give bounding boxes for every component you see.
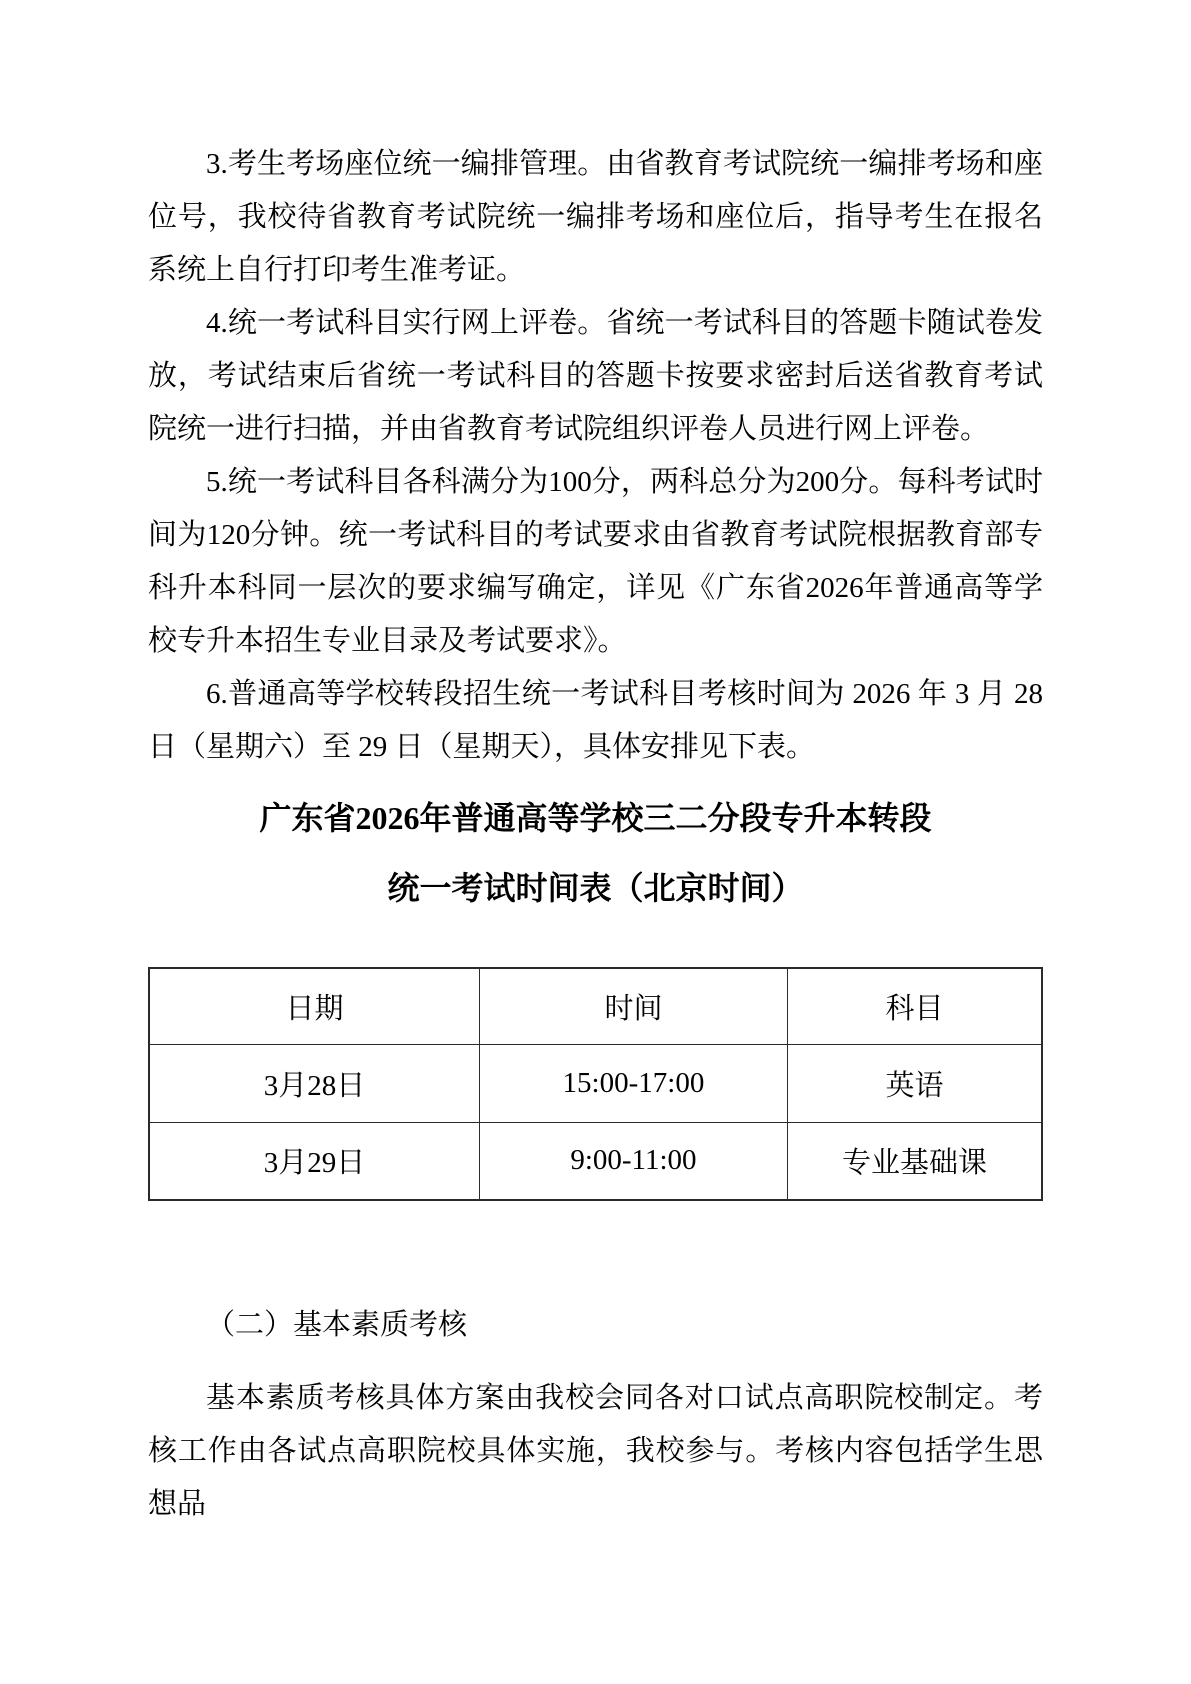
section-heading-basic-quality: （二）基本素质考核	[148, 1299, 1043, 1352]
paragraph-item-4: 4.统一考试科目实行网上评卷。省统一考试科目的答题卡随试卷发放，考试结束后省统一…	[148, 297, 1043, 456]
numbered-paragraphs: 3.考生考场座位统一编排管理。由省教育考试院统一编排考场和座位号，我校待省教育考…	[148, 138, 1043, 774]
paragraph-item-6: 6.普通高等学校转段招生统一考试科目考核时间为 2026 年 3 月 28 日（…	[148, 668, 1043, 774]
exam-timetable-title-line1: 广东省2026年普通高等学校三二分段专升本转段	[148, 783, 1043, 853]
cell-time-row1: 15:00-17:00	[479, 1044, 787, 1122]
header-cell-time: 时间	[479, 968, 787, 1044]
exam-timetable-header-row: 日期 时间 科目	[149, 968, 1042, 1044]
cell-date-row2: 3月29日	[149, 1122, 479, 1200]
paragraph-item-3: 3.考生考场座位统一编排管理。由省教育考试院统一编排考场和座位号，我校待省教育考…	[148, 138, 1043, 297]
table-row: 3月28日 15:00-17:00 英语	[149, 1044, 1042, 1122]
header-cell-subject: 科目	[787, 968, 1042, 1044]
cell-subject-row2: 专业基础课	[787, 1122, 1042, 1200]
header-cell-date: 日期	[149, 968, 479, 1044]
exam-timetable: 日期 时间 科目 3月28日 15:00-17:00 英语 3月29日 9:00…	[148, 967, 1043, 1201]
document-page: 3.考生考场座位统一编排管理。由省教育考试院统一编排考场和座位号，我校待省教育考…	[0, 0, 1191, 1684]
paragraph-item-5: 5.统一考试科目各科满分为100分，两科总分为200分。每科考试时间为120分钟…	[148, 456, 1043, 668]
cell-time-row2: 9:00-11:00	[479, 1122, 787, 1200]
cell-date-row1: 3月28日	[149, 1044, 479, 1122]
exam-timetable-title-line2: 统一考试时间表（北京时间）	[148, 853, 1043, 923]
table-row: 3月29日 9:00-11:00 专业基础课	[149, 1122, 1042, 1200]
closing-paragraph: 基本素质考核具体方案由我校会同各对口试点高职院校制定。考核工作由各试点高职院校具…	[148, 1372, 1043, 1531]
cell-subject-row1: 英语	[787, 1044, 1042, 1122]
exam-timetable-title: 广东省2026年普通高等学校三二分段专升本转段 统一考试时间表（北京时间）	[148, 783, 1043, 923]
